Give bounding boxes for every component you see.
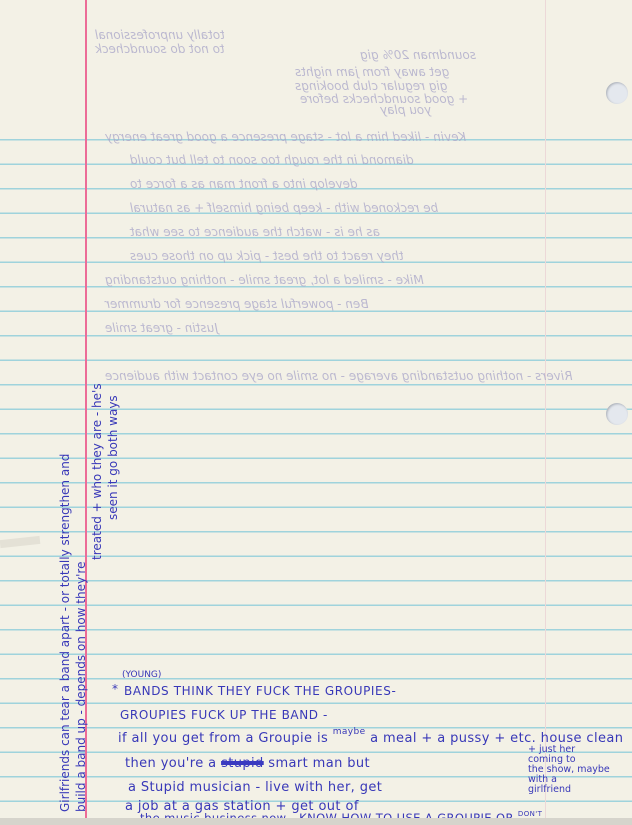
bleed-line: Rivers - nothing outstanding average - n…: [105, 369, 572, 383]
bleed-line: get away from jam nights: [295, 65, 449, 79]
bleed-line: to not do soundcheck: [95, 42, 225, 56]
note-line-3b: a meal + a pussy + etc. house clean: [370, 731, 623, 746]
bleed-line: Justin - great smile: [105, 321, 218, 335]
bleed-line: diamond in the rough too soon to tell bu…: [130, 153, 414, 167]
note-line-2: GROUPIES FUCK UP THE BAND -: [120, 708, 328, 722]
note-line-5: a Stupid musician - live with her, get: [128, 780, 382, 795]
punch-hole-top: [606, 82, 628, 104]
bleed-line: soundman 20% gig: [360, 48, 476, 62]
margin-note-line-1: Girlfriends can tear a band apart - or t…: [58, 454, 72, 812]
margin-note-line-4: seen it go both ways: [106, 395, 120, 520]
page-bottom-edge: [0, 818, 632, 825]
margin-note-line-3: treated + who they are - he's: [90, 383, 104, 560]
bleed-line: totally unprofessional: [95, 28, 225, 42]
paper-tear: [0, 536, 40, 548]
margin-note-line-2: build a band up - depends on how they're: [74, 562, 88, 812]
note-insert-maybe: maybe: [333, 727, 366, 737]
note-line-4b: smart man but: [268, 756, 370, 771]
side-note: + just her coming to the show, maybe wit…: [528, 745, 610, 795]
bleed-line: gig regular club bookings: [295, 79, 447, 93]
bullet-asterisk: *: [112, 682, 119, 696]
faint-right-rule: [545, 0, 546, 825]
bleed-line: as he is - watch the audience to see wha…: [130, 225, 380, 239]
bleed-line: they react to the best - pick up on thos…: [130, 249, 404, 263]
note-line-1: BANDS THINK THEY FUCK THE GROUPIES-: [124, 684, 396, 698]
bleed-line: Kevin - liked him a lot - stage presence…: [105, 130, 466, 144]
note-line-3a: if all you get from a Groupie is: [118, 731, 328, 746]
struck-word: stupid: [221, 756, 264, 771]
bleed-line: Ben - powerful stage presence for drumme…: [105, 297, 369, 311]
notebook-page: soundman 20% gig get away from jam night…: [0, 0, 632, 825]
side-note-line: girlfriend: [528, 785, 610, 795]
bleed-line: you play: [380, 103, 431, 117]
bleed-line: Mike - smiled a lot, great smile - nothi…: [105, 273, 424, 287]
bleed-line: develop into a front man as a force to: [130, 177, 358, 191]
bleed-line: be reckoned with - keep being himself + …: [130, 201, 438, 215]
note-line-4: then you're a stupid smart man but: [125, 756, 370, 771]
punch-hole-middle: [606, 403, 628, 425]
young-annotation: (YOUNG): [122, 671, 161, 680]
note-line-4a: then you're a: [125, 756, 217, 771]
